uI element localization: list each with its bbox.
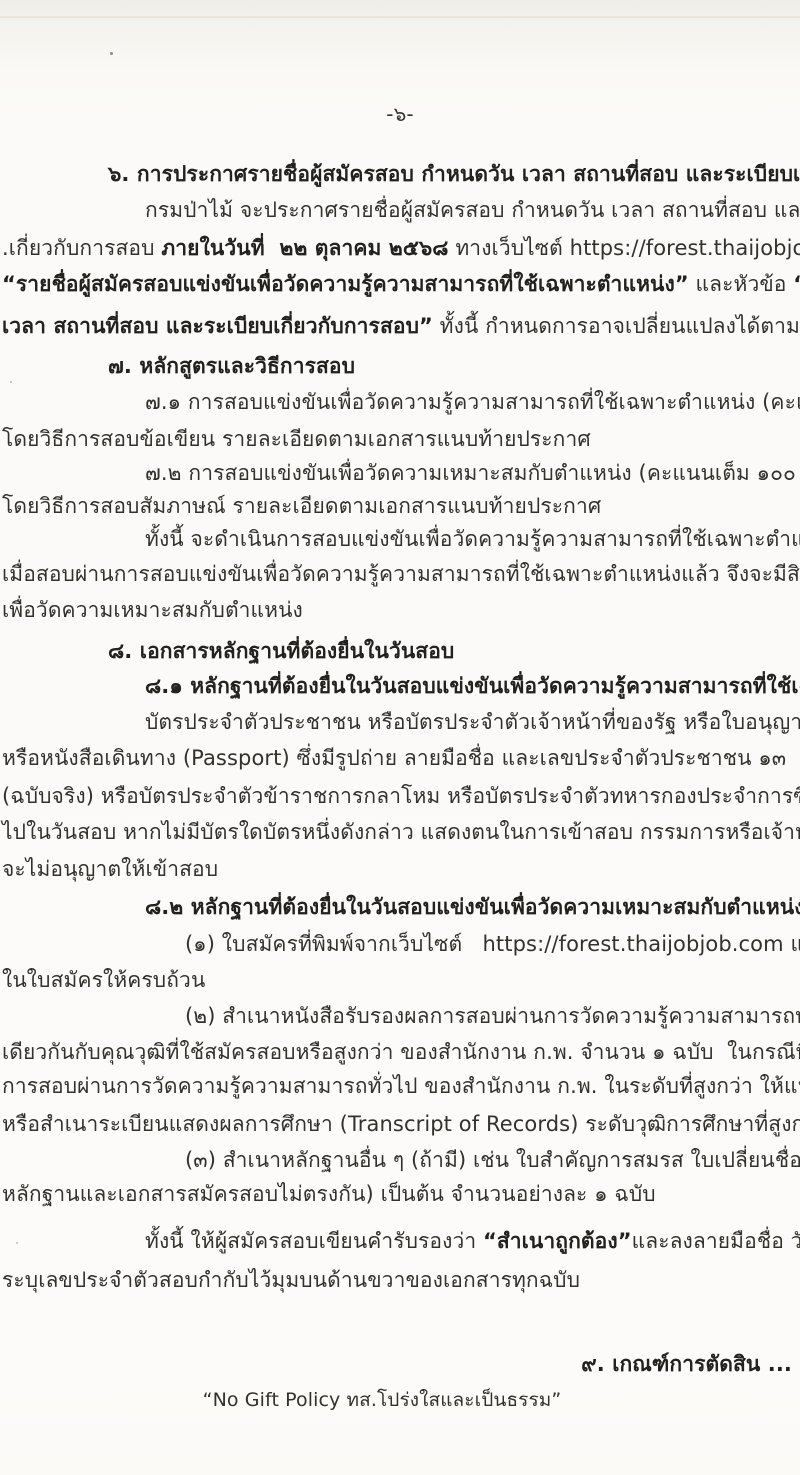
text-segment: -๖- <box>386 102 413 126</box>
bold-text-segment: ๘.๑ หลักฐานที่ต้องยื่นในวันสอบแข่งขันเพื… <box>145 674 800 698</box>
text-segment: “No Gift Policy ทส.โปร่งใสและเป็นธรรม” <box>203 1389 562 1411</box>
text-segment: โดยวิธีการสอบข้อเขียน รายละเอียดตามเอกสา… <box>2 427 591 451</box>
text-line: .เกี่ยวกับการสอบ ภายในวันที่ ๒๒ ตุลาคม ๒… <box>0 234 800 262</box>
bold-text-segment: “รายชื่อผู้สมัครสอบแข่งขันเพื่อวัดความรู… <box>2 272 689 296</box>
text-line: (ฉบับจริง) หรือบัตรประจำตัวข้าราชการกลาโ… <box>0 782 800 810</box>
text-segment: (๒) สำเนาหนังสือรับรองผลการสอบผ่านการวัด… <box>185 1004 800 1028</box>
text-segment: และหัวข้อ <box>689 272 794 296</box>
text-line: เมื่อสอบผ่านการสอบแข่งขันเพื่อวัดความรู้… <box>0 560 800 588</box>
scanned-document: -๖-๖. การประกาศรายชื่อผู้สมัครสอบ กำหนดว… <box>0 0 800 1475</box>
footer-quote: “No Gift Policy ทส.โปร่งใสและเป็นธรรม” <box>0 1386 800 1414</box>
text-segment: เดียวกันกับคุณวุฒิที่ใช้สมัครสอบหรือสูงก… <box>2 1040 800 1064</box>
text-line: จะไม่อนุญาตให้เข้าสอบ <box>0 855 800 883</box>
text-line: “รายชื่อผู้สมัครสอบแข่งขันเพื่อวัดความรู… <box>0 270 800 298</box>
text-segment: ๗.๑ การสอบแข่งขันเพื่อวัดความรู้ความสามา… <box>145 390 800 414</box>
text-line: ๗.๒ การสอบแข่งขันเพื่อวัดความเหมาะสมกับต… <box>0 459 800 487</box>
text-segment: หรือสำเนาระเบียนแสดงผลการศึกษา (Transcri… <box>2 1112 800 1136</box>
continuation-note: ๙. เกณฑ์การตัดสิน ... <box>0 1350 800 1378</box>
text-line: (๒) สำเนาหนังสือรับรองผลการสอบผ่านการวัด… <box>0 1002 800 1030</box>
text-segment: ๗.๒ การสอบแข่งขันเพื่อวัดความเหมาะสมกับต… <box>145 461 800 485</box>
text-segment: กรมป่าไม้ จะประกาศรายชื่อผู้สมัครสอบ กำห… <box>145 198 800 222</box>
bold-text-segment: ๘. เอกสารหลักฐานที่ต้องยื่นในวันสอบ <box>108 639 454 663</box>
text-segment: โดยวิธีการสอบสัมภาษณ์ รายละเอียดตามเอกสา… <box>2 494 601 518</box>
text-segment: ไปในวันสอบ หากไม่มีบัตรใดบัตรหนึ่งดังกล่… <box>2 820 800 844</box>
text-line: หรือหนังสือเดินทาง (Passport) ซึ่งมีรูปถ… <box>0 744 800 772</box>
text-segment: ในใบสมัครให้ครบถ้วน <box>2 968 205 992</box>
text-line: ไปในวันสอบ หากไม่มีบัตรใดบัตรหนึ่งดังกล่… <box>0 818 800 846</box>
text-line: เวลา สถานที่สอบ และระเบียบเกี่ยวกับการสอ… <box>0 312 800 340</box>
text-segment: เมื่อสอบผ่านการสอบแข่งขันเพื่อวัดความรู้… <box>2 562 800 586</box>
bold-text-segment: ๙. เกณฑ์การตัดสิน ... <box>581 1352 792 1376</box>
text-segment: ทางเว็บไซต์ https://forest.thaijobjob.co… <box>449 236 800 260</box>
text-line: หรือสำเนาระเบียนแสดงผลการศึกษา (Transcri… <box>0 1110 800 1138</box>
bold-text-segment: “สำเนาถูกต้อง” <box>483 1229 632 1253</box>
text-line: ๗.๑ การสอบแข่งขันเพื่อวัดความรู้ความสามา… <box>0 388 800 416</box>
section-7-heading: ๗. หลักสูตรและวิธีการสอบ <box>0 352 800 380</box>
text-line: เพื่อวัดความเหมาะสมกับตำแหน่ง <box>0 596 800 624</box>
text-segment: และลงลายมือชื่อ วัน เดือน ปี และ <box>632 1229 800 1253</box>
section-8-1-heading: ๘.๑ หลักฐานที่ต้องยื่นในวันสอบแข่งขันเพื… <box>0 672 800 700</box>
text-segment: การสอบผ่านการวัดความรู้ความสามารถทั่วไป … <box>2 1074 800 1098</box>
section-6-heading: ๖. การประกาศรายชื่อผู้สมัครสอบ กำหนดวัน … <box>0 160 800 188</box>
text-line: โดยวิธีการสอบข้อเขียน รายละเอียดตามเอกสา… <box>0 425 800 453</box>
text-line: ทั้งนี้ ให้ผู้สมัครสอบเขียนคำรับรองว่า “… <box>0 1227 800 1255</box>
text-segment: ระบุเลขประจำตัวสอบกำกับไว้มุมบนด้านขวาขอ… <box>2 1268 580 1292</box>
text-line: โดยวิธีการสอบสัมภาษณ์ รายละเอียดตามเอกสา… <box>0 492 800 520</box>
bold-text-segment: ๘.๒ หลักฐานที่ต้องยื่นในวันสอบแข่งขันเพื… <box>145 895 800 919</box>
text-line: (๓) สำเนาหลักฐานอื่น ๆ (ถ้ามี) เช่น ใบสำ… <box>0 1146 800 1174</box>
text-line: ระบุเลขประจำตัวสอบกำกับไว้มุมบนด้านขวาขอ… <box>0 1266 800 1294</box>
section-8-heading: ๘. เอกสารหลักฐานที่ต้องยื่นในวันสอบ <box>0 637 800 665</box>
text-segment: (๓) สำเนาหลักฐานอื่น ๆ (ถ้ามี) เช่น ใบสำ… <box>185 1148 800 1172</box>
text-line: เดียวกันกับคุณวุฒิที่ใช้สมัครสอบหรือสูงก… <box>0 1038 800 1066</box>
bold-text-segment: ภายในวันที่ ๒๒ ตุลาคม ๒๕๖๘ <box>161 236 448 260</box>
text-segment: บัตรประจำตัวประชาชน หรือบัตรประจำตัวเจ้า… <box>145 710 800 734</box>
document-page: -๖-๖. การประกาศรายชื่อผู้สมัครสอบ กำหนดว… <box>0 0 800 1475</box>
text-segment: หรือหนังสือเดินทาง (Passport) ซึ่งมีรูปถ… <box>2 746 800 770</box>
text-segment: ทั้งนี้ จะดำเนินการสอบแข่งขันเพื่อวัดควา… <box>145 527 800 551</box>
bold-text-segment: ๖. การประกาศรายชื่อผู้สมัครสอบ กำหนดวัน … <box>108 162 800 186</box>
text-segment: (ฉบับจริง) หรือบัตรประจำตัวข้าราชการกลาโ… <box>2 784 800 808</box>
text-segment: เพื่อวัดความเหมาะสมกับตำแหน่ง <box>2 598 303 622</box>
page-number: -๖- <box>0 100 800 128</box>
text-line: กรมป่าไม้ จะประกาศรายชื่อผู้สมัครสอบ กำห… <box>0 196 800 224</box>
text-line: หลักฐานและเอกสารสมัครสอบไม่ตรงกัน) เป็นต… <box>0 1180 800 1208</box>
text-segment: .เกี่ยวกับการสอบ <box>2 236 161 260</box>
text-segment: ทั้งนี้ กำหนดการอาจเปลี่ยนแปลงได้ตามความ… <box>433 314 800 338</box>
section-8-2-heading: ๘.๒ หลักฐานที่ต้องยื่นในวันสอบแข่งขันเพื… <box>0 893 800 921</box>
text-line: บัตรประจำตัวประชาชน หรือบัตรประจำตัวเจ้า… <box>0 708 800 736</box>
text-segment: ทั้งนี้ ให้ผู้สมัครสอบเขียนคำรับรองว่า <box>145 1229 483 1253</box>
text-line: ทั้งนี้ จะดำเนินการสอบแข่งขันเพื่อวัดควา… <box>0 525 800 553</box>
text-line: ในใบสมัครให้ครบถ้วน <box>0 966 800 994</box>
text-segment: (๑) ใบสมัครที่พิมพ์จากเว็บไซต์ https://f… <box>185 932 800 956</box>
text-segment: หลักฐานและเอกสารสมัครสอบไม่ตรงกัน) เป็นต… <box>2 1182 656 1206</box>
bold-text-segment: เวลา สถานที่สอบ และระเบียบเกี่ยวกับการสอ… <box>2 314 433 338</box>
text-segment: จะไม่อนุญาตให้เข้าสอบ <box>2 857 218 881</box>
bold-text-segment: “ประกาศกำหนดวัน <box>793 272 800 296</box>
text-line: การสอบผ่านการวัดความรู้ความสามารถทั่วไป … <box>0 1072 800 1100</box>
text-line: (๑) ใบสมัครที่พิมพ์จากเว็บไซต์ https://f… <box>0 930 800 958</box>
bold-text-segment: ๗. หลักสูตรและวิธีการสอบ <box>108 354 355 378</box>
